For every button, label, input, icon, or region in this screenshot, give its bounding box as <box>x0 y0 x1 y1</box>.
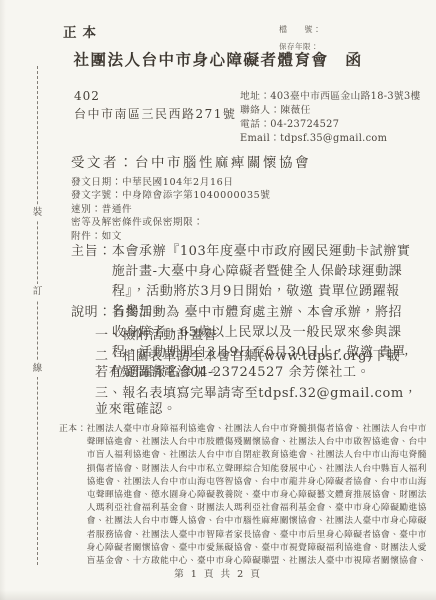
document-title: 社團法人台中市身心障礙者體育會 函 <box>0 48 436 70</box>
description-item-3: 三、報名表填寫完畢請寄至tdpsf.32@gmail.com，並來電確認。 <box>95 386 421 419</box>
subject-label: 主旨： <box>71 242 112 262</box>
issue-date-line: 發文日期：中華民國104年2月16日 <box>71 176 271 189</box>
page-number-footer: 第 1 頁 共 2 頁 <box>0 566 436 580</box>
description-item-1: 一、檢附活動計畫書 <box>95 328 421 345</box>
document-page: 裝 訂 線 正本 檔 號： 保存年限： 社團法人台中市身心障礙者體育會 函 40… <box>0 0 436 600</box>
copy-to-label: 正本： <box>59 423 87 436</box>
speed-class-line: 速別：普通件 <box>71 203 271 216</box>
binding-mark-zhuang: 裝 <box>29 205 46 221</box>
sender-phone: 電話：04-23724527 <box>240 118 424 132</box>
copy-to-list: 社團法人臺中市身障福利協進會、社團法人台中市脊髓損傷者協會、社團法人台中市聲暉協… <box>87 423 431 568</box>
file-number-label: 檔 號： <box>279 26 322 34</box>
description-label: 說明： <box>71 303 112 323</box>
issue-number-line: 發文字號：中身障會添字第1040000035號 <box>71 189 271 202</box>
binding-mark-ding: 訂 <box>29 284 46 300</box>
copy-type-stamp: 正本 <box>63 21 102 41</box>
recipient-zip-code: 402 <box>74 89 100 103</box>
file-number-block: 檔 號： 保存年限： <box>279 26 322 51</box>
description-item-2: 二、相關表單請至本會官網(www.tdpsf.org)下載，若有疑問請電洽04-… <box>95 349 421 382</box>
sender-contact-person: 聯絡人：陳薇任 <box>240 104 424 118</box>
copy-to-block: 正本：社團法人臺中市身障福利協進會、社團法人台中市脊髓損傷者協會、社團法人台中市… <box>59 423 431 568</box>
sender-info-block: 地址：403臺中市西區金山路18-3號3樓 聯絡人：陳薇任 電話：04-2372… <box>240 90 424 146</box>
binding-line <box>37 66 38 565</box>
binding-mark-xian: 線 <box>29 361 46 377</box>
document-meta-block: 發文日期：中華民國104年2月16日 發文字號：中身障會添字第104000003… <box>71 176 271 243</box>
recipient-street-address: 台中市南區三民西路271號 <box>74 105 236 122</box>
security-class-line: 密等及解密條件或保密期限： <box>71 216 271 229</box>
description-items: 一、檢附活動計畫書 二、相關表單請至本會官網(www.tdpsf.org)下載，… <box>95 328 421 423</box>
recipient-line: 受文者：台中市腦性麻痺關懷協會 <box>71 151 311 171</box>
sender-address: 地址：403臺中市西區金山路18-3號3樓 <box>240 90 424 104</box>
sender-email: Email：tdpsf.35@gmail.com <box>240 132 424 146</box>
